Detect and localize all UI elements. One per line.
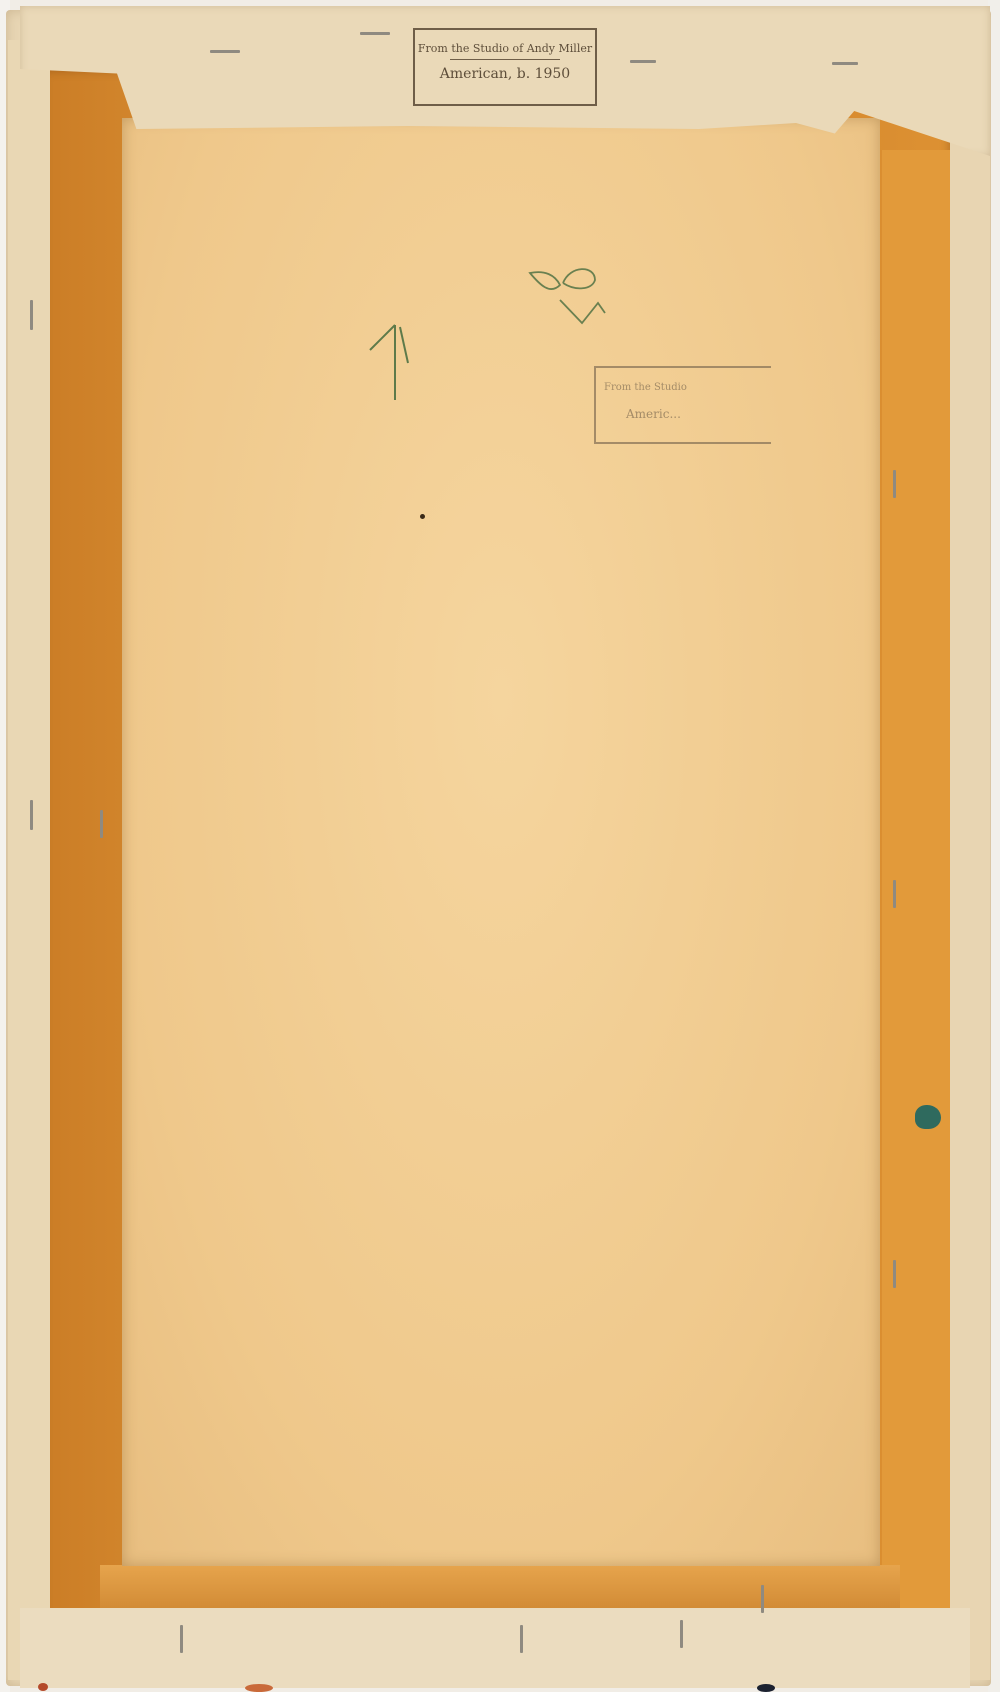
orange-paint-spot (245, 1684, 273, 1692)
stamp-line-studio: From the Studio of Andy Miller (415, 42, 595, 55)
arrow-up-icon (370, 325, 408, 400)
canvas-fold-right (950, 40, 990, 1680)
staple (630, 60, 656, 63)
staple (893, 470, 896, 498)
staple (360, 32, 390, 35)
faded-stamp-line-studio: From the Studio (596, 382, 771, 393)
canvas-fold-left (8, 40, 50, 1680)
ink-dot (420, 514, 425, 519)
staple (180, 1625, 183, 1653)
pencil-marks (360, 255, 620, 405)
red-paint-spot (38, 1683, 48, 1691)
stretcher-bar-bottom (100, 1565, 900, 1610)
staple (893, 1260, 896, 1288)
green-paint-spot (915, 1105, 941, 1129)
staple (520, 1625, 523, 1653)
staple (30, 300, 33, 330)
studio-stamp-top: From the Studio of Andy Miller American,… (413, 28, 597, 106)
studio-stamp-faded: From the Studio Americ... (594, 366, 771, 444)
staple (832, 62, 858, 65)
stamp-rule (450, 59, 560, 60)
scribble-mark-icon (530, 269, 605, 323)
staple (893, 880, 896, 908)
dark-paint-spot (757, 1684, 775, 1692)
staple (680, 1620, 683, 1648)
staple (100, 810, 103, 838)
faded-stamp-line-nationality: Americ... (596, 407, 771, 421)
staple (210, 50, 240, 53)
stamp-line-nationality: American, b. 1950 (415, 66, 595, 82)
canvas-back-photo: From the Studio of Andy Miller American,… (0, 0, 1000, 1692)
staple (761, 1585, 764, 1613)
staple (30, 800, 33, 830)
canvas-fold-bottom (20, 1608, 970, 1688)
